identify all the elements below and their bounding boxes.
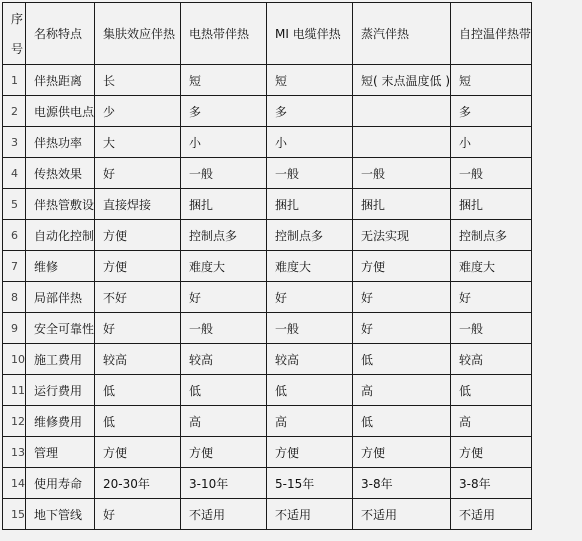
- row-value: 方便: [353, 437, 451, 468]
- row-value: 捆扎: [451, 189, 532, 220]
- row-name: 伴热管敷设: [26, 189, 95, 220]
- row-number: 3: [3, 127, 26, 158]
- row-value: 一般: [181, 313, 267, 344]
- row-value: 低: [95, 406, 181, 437]
- row-value: 多: [451, 96, 532, 127]
- row-number: 12: [3, 406, 26, 437]
- row-value: 不适用: [267, 499, 353, 530]
- row-name: 安全可靠性: [26, 313, 95, 344]
- row-value: 不适用: [353, 499, 451, 530]
- header-electric-tape: 电热带伴热: [181, 3, 267, 65]
- row-value: 高: [353, 375, 451, 406]
- row-value: 3-10年: [181, 468, 267, 499]
- row-number: 4: [3, 158, 26, 189]
- row-value: 短: [451, 65, 532, 96]
- row-value: 3-8年: [451, 468, 532, 499]
- row-value: 捆扎: [181, 189, 267, 220]
- row-number: 10: [3, 344, 26, 375]
- header-mi-cable: MI 电缆伴热: [267, 3, 353, 65]
- row-value: 好: [95, 158, 181, 189]
- row-number: 11: [3, 375, 26, 406]
- row-value: 方便: [95, 220, 181, 251]
- header-self-regulating: 自控温伴热带: [451, 3, 532, 65]
- table-row: 5伴热管敷设直接焊接捆扎捆扎捆扎捆扎: [3, 189, 532, 220]
- row-number: 2: [3, 96, 26, 127]
- row-value: 高: [181, 406, 267, 437]
- row-value: 小: [451, 127, 532, 158]
- row-value: 多: [181, 96, 267, 127]
- row-value: 不好: [95, 282, 181, 313]
- row-value: 方便: [95, 251, 181, 282]
- row-value: 短( 末点温度低 ): [353, 65, 451, 96]
- row-name: 电源供电点: [26, 96, 95, 127]
- row-value: [353, 96, 451, 127]
- row-name: 施工费用: [26, 344, 95, 375]
- row-value: 难度大: [181, 251, 267, 282]
- row-value: 低: [451, 375, 532, 406]
- row-number: 9: [3, 313, 26, 344]
- header-seq: 序号: [3, 3, 26, 65]
- row-value: 好: [95, 499, 181, 530]
- row-value: 直接焊接: [95, 189, 181, 220]
- row-number: 6: [3, 220, 26, 251]
- row-number: 7: [3, 251, 26, 282]
- row-value: 高: [451, 406, 532, 437]
- table-row: 4传热效果好一般一般一般一般: [3, 158, 532, 189]
- row-value: 好: [267, 282, 353, 313]
- row-name: 使用寿命: [26, 468, 95, 499]
- row-value: 方便: [267, 437, 353, 468]
- row-value: 好: [95, 313, 181, 344]
- row-value: 控制点多: [451, 220, 532, 251]
- row-value: 多: [267, 96, 353, 127]
- row-value: 一般: [353, 158, 451, 189]
- row-value: 20-30年: [95, 468, 181, 499]
- table-row: 15地下管线好不适用不适用不适用不适用: [3, 499, 532, 530]
- row-value: 3-8年: [353, 468, 451, 499]
- row-name: 运行费用: [26, 375, 95, 406]
- row-value: 大: [95, 127, 181, 158]
- row-number: 1: [3, 65, 26, 96]
- row-name: 伴热功率: [26, 127, 95, 158]
- row-value: 好: [353, 282, 451, 313]
- table-row: 14使用寿命20-30年3-10年5-15年3-8年3-8年: [3, 468, 532, 499]
- row-value: 短: [267, 65, 353, 96]
- row-value: 一般: [267, 313, 353, 344]
- row-value: 长: [95, 65, 181, 96]
- table-row: 7维修方便难度大难度大方便难度大: [3, 251, 532, 282]
- row-name: 地下管线: [26, 499, 95, 530]
- row-value: 小: [181, 127, 267, 158]
- row-value: 好: [451, 282, 532, 313]
- row-value: 一般: [451, 158, 532, 189]
- row-value: 5-15年: [267, 468, 353, 499]
- row-value: 好: [181, 282, 267, 313]
- row-name: 自动化控制: [26, 220, 95, 251]
- row-value: 方便: [95, 437, 181, 468]
- row-value: 较高: [267, 344, 353, 375]
- table-row: 8局部伴热不好好好好好: [3, 282, 532, 313]
- row-name: 维修费用: [26, 406, 95, 437]
- header-skin-effect: 集肤效应伴热: [95, 3, 181, 65]
- table-row: 13管理方便方便方便方便方便: [3, 437, 532, 468]
- row-value: 好: [353, 313, 451, 344]
- row-name: 传热效果: [26, 158, 95, 189]
- table-row: 2电源供电点少多多多: [3, 96, 532, 127]
- row-value: 控制点多: [181, 220, 267, 251]
- row-number: 8: [3, 282, 26, 313]
- row-name: 管理: [26, 437, 95, 468]
- row-value: 较高: [181, 344, 267, 375]
- row-value: 方便: [181, 437, 267, 468]
- table-row: 10施工费用较高较高较高低较高: [3, 344, 532, 375]
- row-value: 较高: [95, 344, 181, 375]
- row-value: 短: [181, 65, 267, 96]
- table-row: 3伴热功率大小小小: [3, 127, 532, 158]
- row-value: 少: [95, 96, 181, 127]
- row-value: 低: [95, 375, 181, 406]
- table-row: 6自动化控制方便控制点多控制点多无法实现控制点多: [3, 220, 532, 251]
- row-number: 15: [3, 499, 26, 530]
- row-value: 控制点多: [267, 220, 353, 251]
- comparison-table: 序号 名称特点 集肤效应伴热 电热带伴热 MI 电缆伴热 蒸汽伴热 自控温伴热带…: [2, 2, 532, 530]
- header-seq-line1: 序: [11, 12, 23, 26]
- row-value: 方便: [451, 437, 532, 468]
- row-value: 一般: [451, 313, 532, 344]
- row-name: 维修: [26, 251, 95, 282]
- row-number: 13: [3, 437, 26, 468]
- row-value: 低: [353, 344, 451, 375]
- header-steam: 蒸汽伴热: [353, 3, 451, 65]
- row-name: 局部伴热: [26, 282, 95, 313]
- row-value: 小: [267, 127, 353, 158]
- row-value: 一般: [181, 158, 267, 189]
- row-value: 低: [181, 375, 267, 406]
- row-value: [353, 127, 451, 158]
- row-value: 捆扎: [267, 189, 353, 220]
- row-value: 较高: [451, 344, 532, 375]
- row-value: 不适用: [451, 499, 532, 530]
- header-name: 名称特点: [26, 3, 95, 65]
- row-value: 一般: [267, 158, 353, 189]
- row-value: 方便: [353, 251, 451, 282]
- row-value: 高: [267, 406, 353, 437]
- table-row: 1伴热距离长短短短( 末点温度低 )短: [3, 65, 532, 96]
- row-value: 捆扎: [353, 189, 451, 220]
- header-row: 序号 名称特点 集肤效应伴热 电热带伴热 MI 电缆伴热 蒸汽伴热 自控温伴热带: [3, 3, 532, 65]
- row-value: 不适用: [181, 499, 267, 530]
- table-row: 11运行费用低低低高低: [3, 375, 532, 406]
- table-row: 12维修费用低高高低高: [3, 406, 532, 437]
- row-value: 无法实现: [353, 220, 451, 251]
- header-seq-line2: 号: [11, 42, 23, 56]
- row-number: 5: [3, 189, 26, 220]
- row-name: 伴热距离: [26, 65, 95, 96]
- row-value: 低: [353, 406, 451, 437]
- row-number: 14: [3, 468, 26, 499]
- row-value: 低: [267, 375, 353, 406]
- table-row: 9安全可靠性好一般一般好一般: [3, 313, 532, 344]
- row-value: 难度大: [451, 251, 532, 282]
- row-value: 难度大: [267, 251, 353, 282]
